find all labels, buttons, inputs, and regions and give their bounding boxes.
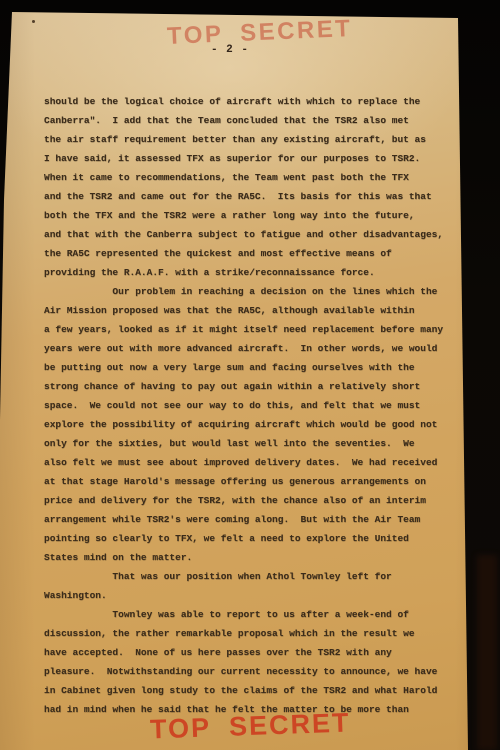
text-line: providing the R.A.A.F. with a strike/rec…: [44, 263, 443, 282]
text-line: should be the logical choice of aircraft…: [44, 92, 443, 111]
text-line: and the TSR2 and came out for the RA5C. …: [44, 187, 443, 206]
text-line: price and delivery for the TSR2, with th…: [44, 491, 443, 510]
document-page: TOP SECRET - 2 - should be the logical c…: [0, 0, 500, 750]
top-secret-stamp-bottom: TOP SECRET: [150, 708, 352, 746]
text-line: have accepted. None of us here passes ov…: [44, 643, 443, 662]
text-line: Townley was able to report to us after a…: [44, 605, 443, 624]
text-line: strong chance of having to pay out again…: [44, 377, 443, 396]
text-line: space. We could not see our way to do th…: [44, 396, 443, 415]
background-edge-shadow: [477, 555, 497, 750]
text-line: explore the possibility of acquiring air…: [44, 415, 443, 434]
text-line: and that with the Canberra subject to fa…: [44, 225, 443, 244]
text-line: at that stage Harold's message offering …: [44, 472, 443, 491]
text-line: discussion, the rather remarkable propos…: [44, 624, 443, 643]
text-line: the RA5C represented the quickest and mo…: [44, 244, 443, 263]
text-line: Our problem in reaching a decision on th…: [44, 282, 443, 301]
text-line: Washington.: [44, 586, 443, 605]
text-line: I have said, it assessed TFX as superior…: [44, 149, 443, 168]
text-line: When it came to recommendations, the Tea…: [44, 168, 443, 187]
text-line: arrangement while TSR2's were coming alo…: [44, 510, 443, 529]
text-line: pointing so clearly to TFX, we felt a ne…: [44, 529, 443, 548]
text-line: the air staff requirement better than an…: [44, 130, 443, 149]
text-line: be putting out now a very large sum and …: [44, 358, 443, 377]
photo-background: TOP SECRET - 2 - should be the logical c…: [0, 0, 500, 750]
text-line: Canberra". I add that the Team concluded…: [44, 111, 443, 130]
paper-speck: [32, 20, 35, 23]
text-line: in Cabinet given long study to the claim…: [44, 681, 443, 700]
text-line: Air Mission proposed was that the RA5C, …: [44, 301, 443, 320]
text-line: both the TFX and the TSR2 were a rather …: [44, 206, 443, 225]
document-body: should be the logical choice of aircraft…: [44, 92, 443, 719]
text-line: pleasure. Notwithstanding our current ne…: [44, 662, 443, 681]
text-line: That was our position when Athol Townley…: [44, 567, 443, 586]
text-line: also felt we must see about improved del…: [44, 453, 443, 472]
page-number: - 2 -: [198, 44, 262, 56]
text-line: years were out with more advanced aircra…: [44, 339, 443, 358]
text-line: States mind on the matter.: [44, 548, 443, 567]
text-line: a few years, looked as if it might itsel…: [44, 320, 443, 339]
text-line: only for the sixties, but would last wel…: [44, 434, 443, 453]
